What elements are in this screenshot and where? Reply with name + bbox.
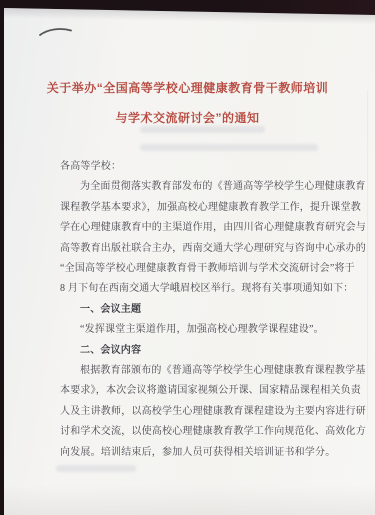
notice-title-line1: 关于举办“全国高等学校心理健康教育骨干教师培训 bbox=[0, 73, 375, 103]
paragraph2-line: 根据教育部颁布的《普通高等学校学生心理健康教育课程教学基 bbox=[60, 361, 332, 381]
section2-heading: 二、会议内容 bbox=[60, 341, 332, 361]
paper-crease-line bbox=[367, 90, 368, 420]
paragraph1-line: 8 月下旬在西南交通大学峨眉校区举行。现将有关事项通知如下： bbox=[60, 279, 332, 299]
paragraph1-line: 课程教学基本要求》，加强高校心理健康教育教学工作，提升课堂教 bbox=[60, 198, 332, 218]
pen-mark bbox=[38, 25, 74, 40]
salutation: 各高等学校： bbox=[60, 157, 332, 177]
paragraph1-line: 学在心理健康教育中的主渠道作用，由四川省心理健康教育研究会与 bbox=[60, 218, 332, 238]
paragraph2-line: 讨和学术交流，以使高校心理健康教育教学工作向规范化、高效化方 bbox=[60, 422, 332, 442]
paragraph1-line: “全国高等学校心理健康教育骨干教师培训与学术交流研讨会”将于 bbox=[60, 259, 332, 279]
paragraph2-line: 向发展。培训结束后，参加人员可获得相关培训证书和学分。 bbox=[60, 443, 332, 463]
notice-body: 各高等学校： 为全面贯彻落实教育部发布的《普通高等学校学生心理健康教育 课程教学… bbox=[60, 157, 332, 463]
notice-title: 关于举办“全国高等学校心理健康教育骨干教师培训 与学术交流研讨会”的通知 bbox=[0, 73, 375, 133]
paragraph2-line: 人及主讲教师，以高校学生心理健康教育课程建设为主要内容进行研 bbox=[60, 402, 332, 422]
paragraph2-line: 本要求》，本次会议将邀请国家视频公开课、国家精品课程相关负责 bbox=[60, 381, 332, 401]
scanned-notice-document: 关于举办“全国高等学校心理健康教育骨干教师培训 与学术交流研讨会”的通知 各高等… bbox=[0, 0, 375, 515]
ink-bleed-through-line bbox=[140, 144, 318, 151]
paragraph1-line: 高等教育出版社联合主办，西南交通大学心理研究与咨询中心承办的 bbox=[60, 239, 332, 259]
paper-top-edge-shadow bbox=[4, 8, 375, 25]
paper-sheet: 关于举办“全国高等学校心理健康教育骨干教师培训 与学术交流研讨会”的通知 各高等… bbox=[0, 0, 375, 515]
section1-theme: “发挥课堂主渠道作用，加强高校心理教学课程建设”。 bbox=[60, 320, 332, 340]
section1-heading: 一、会议主题 bbox=[60, 300, 332, 320]
ink-bleed-through-line bbox=[56, 465, 136, 472]
paragraph1-line: 为全面贯彻落实教育部发布的《普通高等学校学生心理健康教育 bbox=[60, 177, 332, 197]
ink-bleed-through-line bbox=[140, 126, 265, 133]
